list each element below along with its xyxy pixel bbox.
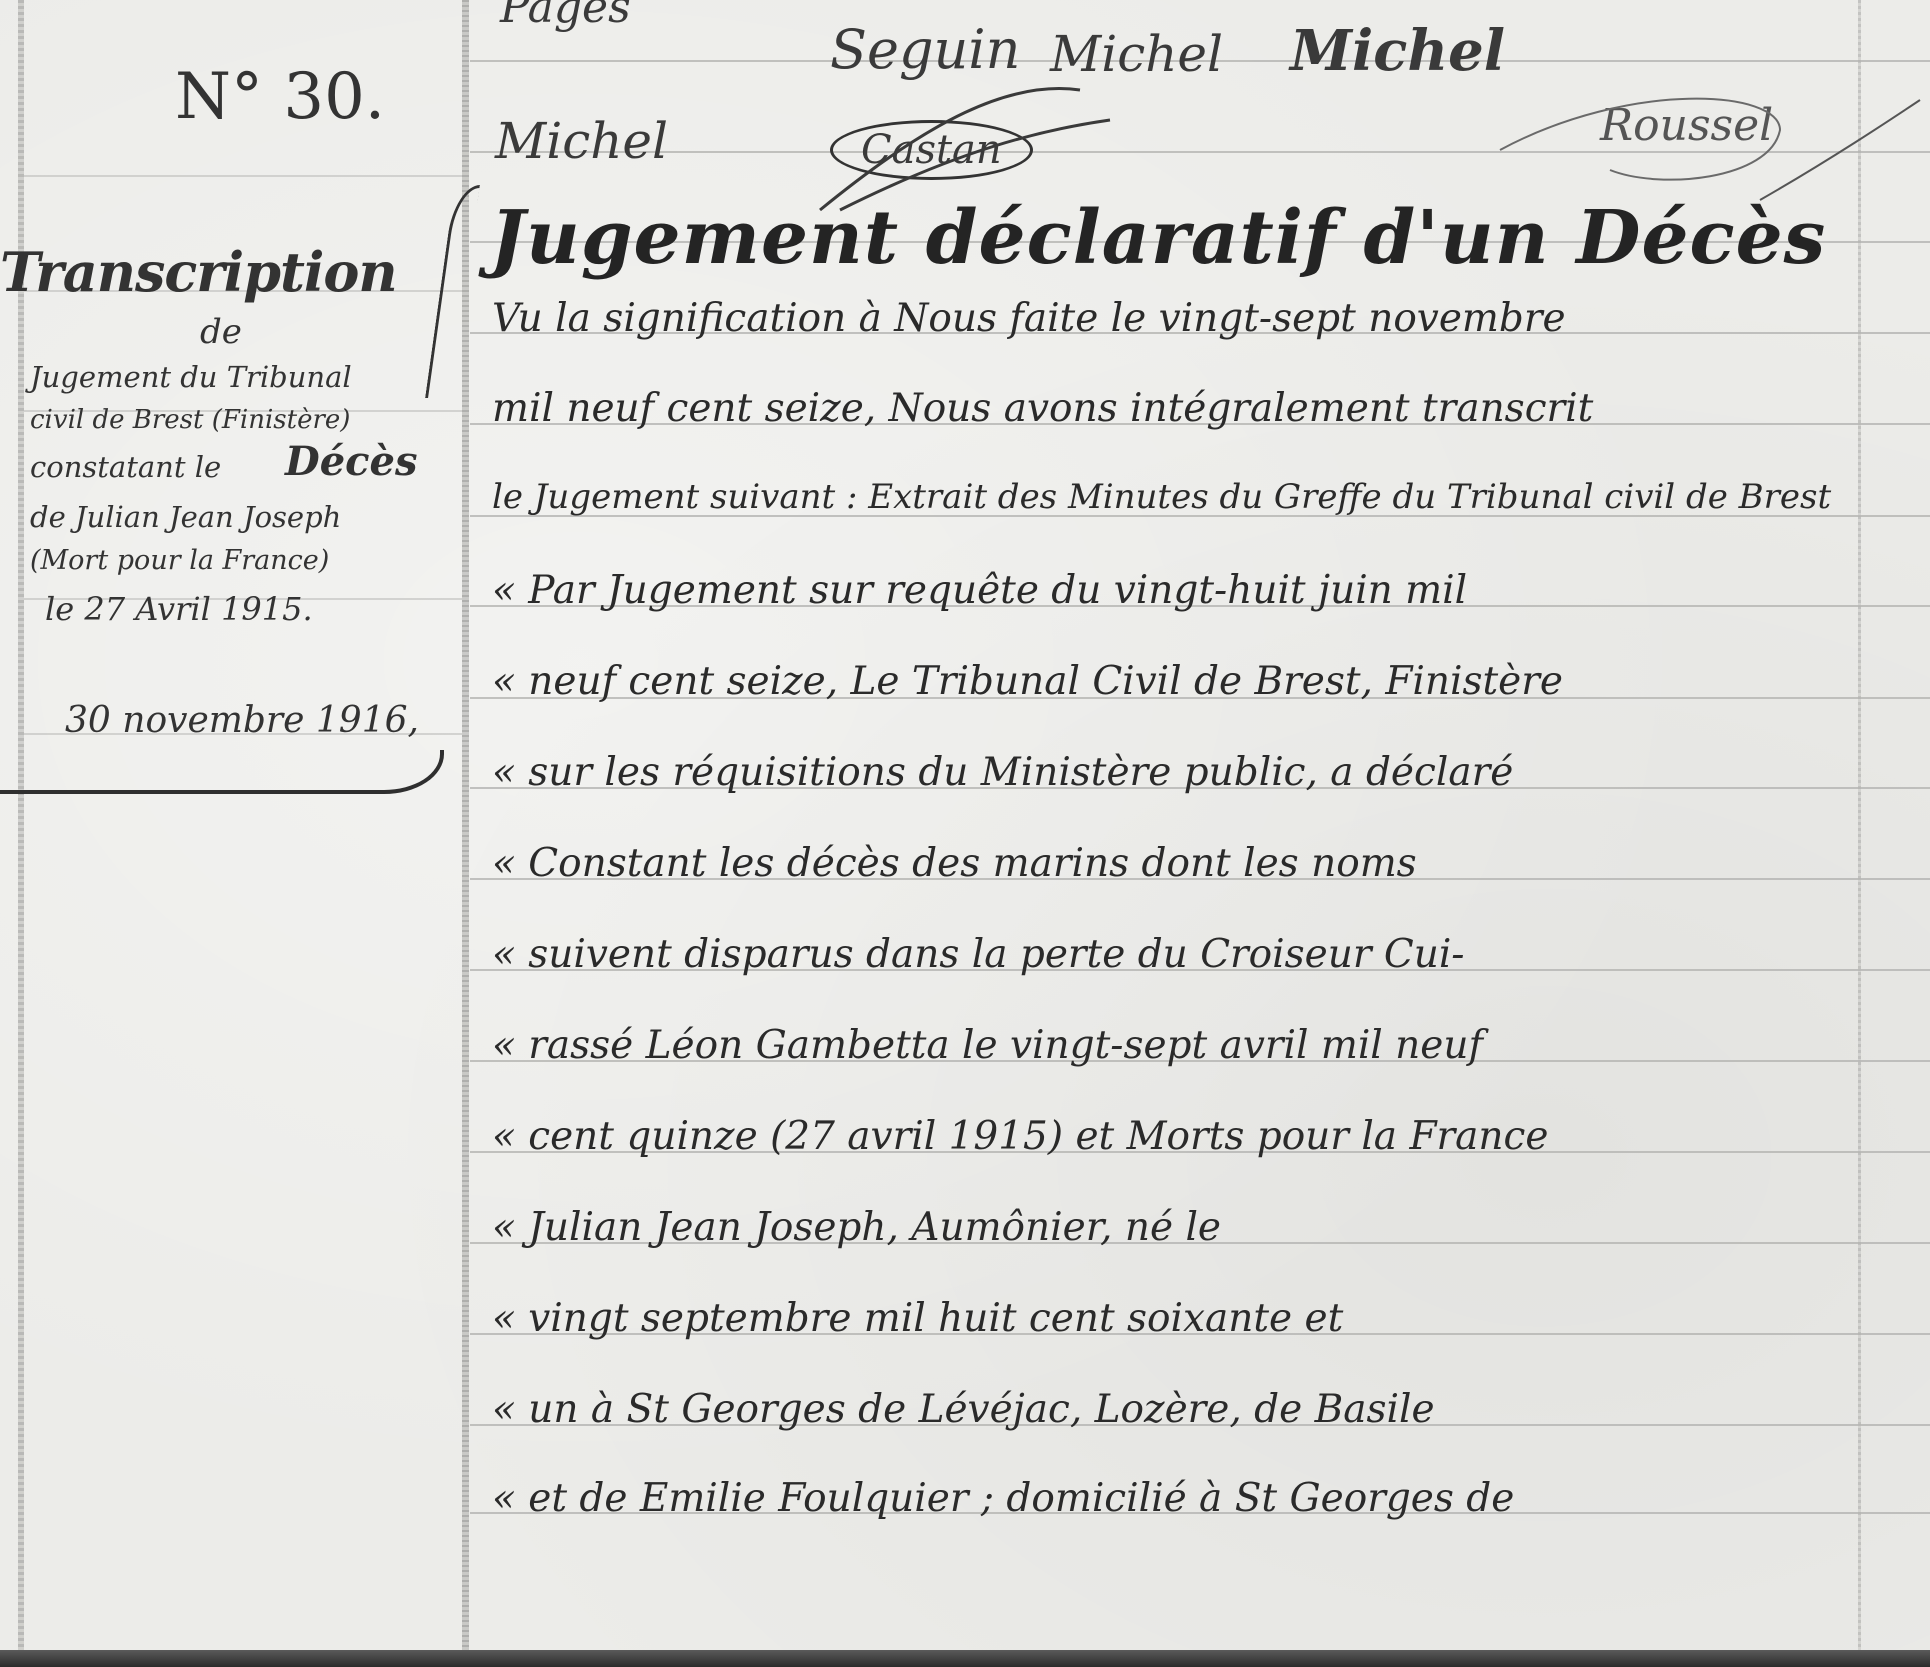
margin-line-4: de Julian Jean Joseph: [30, 500, 341, 534]
signature-michel-3: Michel: [495, 112, 668, 170]
body-line-1: Vu la signification à Nous faite le ving…: [492, 296, 1566, 341]
margin-line-1: Jugement du Tribunal: [30, 360, 352, 394]
right-margin-rule: [1858, 0, 1861, 1652]
body-line-12: « vingt septembre mil huit cent soixante…: [492, 1296, 1343, 1341]
body-line-6: « sur les réquisitions du Ministère publ…: [492, 750, 1513, 795]
act-heading: Jugement déclaratif d'un Décès: [490, 195, 1826, 281]
body-line-13: « un à St Georges de Lévéjac, Lozère, de…: [492, 1387, 1435, 1432]
body-line-5: « neuf cent seize, Le Tribunal Civil de …: [492, 659, 1563, 704]
margin-date: 30 novembre 1916,: [65, 700, 419, 741]
margin-line-2: civil de Brest (Finistère): [30, 405, 350, 435]
page-bottom-edge: [0, 1650, 1930, 1667]
body-line-4: « Par Jugement sur requête du vingt-huit…: [492, 568, 1467, 613]
body-line-7: « Constant les décès des marins dont les…: [492, 841, 1417, 886]
margin-line-3: constatant le: [30, 450, 221, 484]
ruling-line: [24, 175, 462, 177]
body-line-9: « rassé Léon Gambetta le vingt-sept avri…: [492, 1023, 1483, 1068]
body-line-3: le Jugement suivant : Extrait des Minute…: [492, 477, 1831, 517]
body-line-8: « suivent disparus dans la perte du Croi…: [492, 932, 1465, 977]
body-line-2: mil neuf cent seize, Nous avons intégral…: [492, 386, 1593, 431]
margin-heading: Transcription: [0, 240, 397, 304]
body-line-10: « cent quinze (27 avril 1915) et Morts p…: [492, 1114, 1548, 1159]
margin-deces: Décès: [285, 438, 417, 485]
register-page: Pagès Seguin Michel Michel Michel Castan…: [0, 0, 1930, 1652]
margin-line-6: le 27 Avril 1915.: [45, 590, 313, 628]
body-line-14: « et de Emilie Foulquier ; domicilié à S…: [492, 1476, 1514, 1521]
entry-number: N° 30.: [175, 60, 385, 134]
margin-line-5: (Mort pour la France): [30, 545, 329, 576]
body-line-11: « Julian Jean Joseph, Aumônier, né le: [492, 1205, 1221, 1250]
signature-pages: Pagès: [500, 0, 631, 33]
margin-date-underline: [0, 750, 444, 794]
margin-de: de: [200, 312, 242, 352]
